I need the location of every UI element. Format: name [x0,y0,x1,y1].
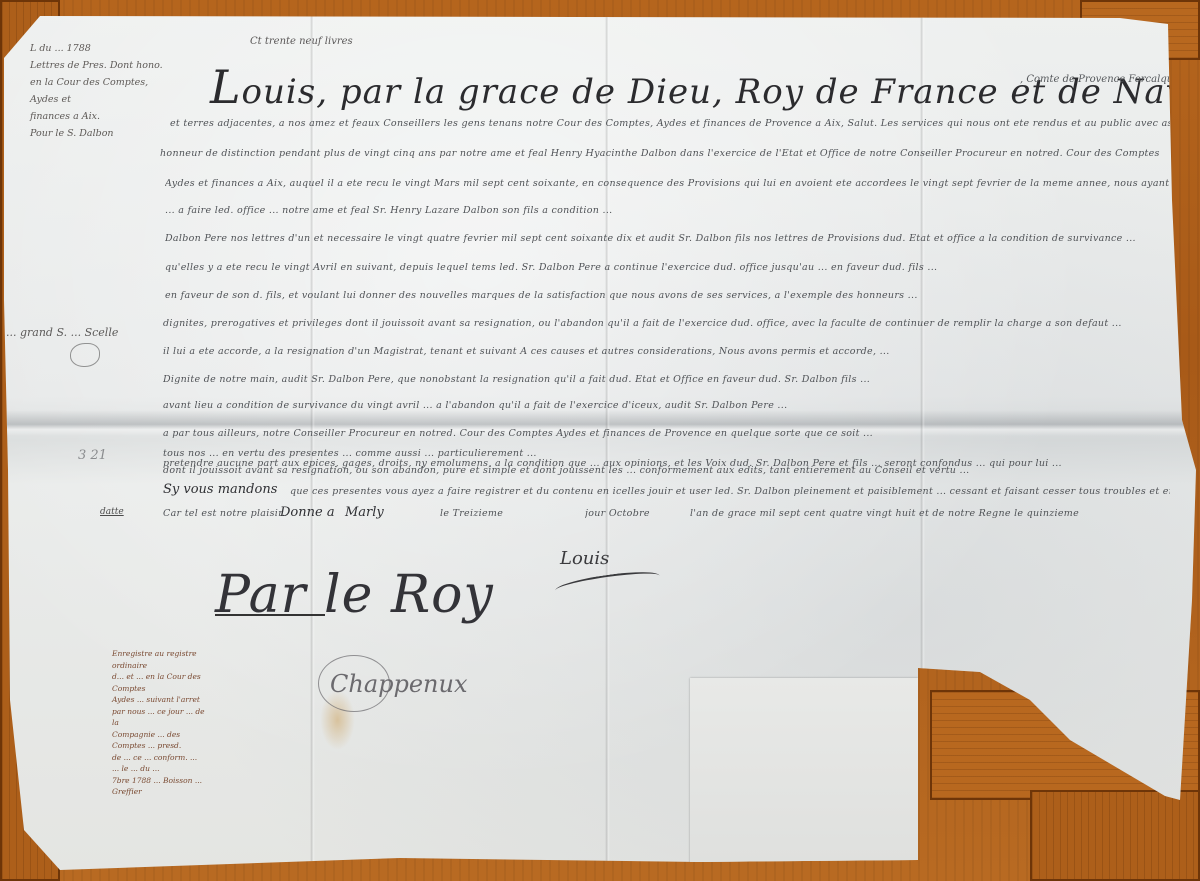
margin-line: L du ... 1788 [30,40,170,57]
heading-continuation: , Comte de Provence Forcalquier [1020,74,1187,85]
registration-line: par nous ... ce jour ... de la [112,706,212,729]
document-photo: Ct trente neuf livres L du ... 1788 Lett… [0,0,1200,881]
margin-seal-note: ... grand S. ... Scelle [6,326,118,339]
body-line: Dignite de notre main, audit Sr. Dalbon … [163,374,1170,385]
vertical-fold [920,0,925,881]
body-line: Aydes et finances a Aix, auquel il a ete… [165,178,1170,189]
registration-line: ... le ... du ... [112,763,212,775]
month: jour Octobre [585,508,675,519]
registration-line: Compagnie ... des Comptes ... presd. [112,729,212,752]
mandate-lead: Sy vous mandons [163,482,277,497]
margin-line: Lettres de Pres. Dont hono. [30,57,170,74]
body-line: en faveur de son d. fils, et voulant lui… [165,290,1170,301]
body-line: a par tous ailleurs, notre Conseiller Pr… [163,428,1170,439]
secretary-signature: Chappenux [330,670,468,698]
registration-line: 7bre 1788 ... Boisson ... Greffier [112,775,212,798]
wood-plank [1030,790,1200,881]
seal-mark-icon [70,343,100,367]
document-heading: Louis, par la grace de Dieu, Roy de Fran… [210,60,1200,114]
vertical-fold [310,0,315,881]
body-line: dignites, prerogatives et privileges don… [163,318,1170,329]
par-le-roy: Par le Roy [215,565,494,625]
vertical-fold [605,0,610,881]
registration-line: Enregistre au registre ordinaire [112,648,212,671]
day: le Treizieme [440,508,530,519]
folded-flap [690,678,918,864]
par-le-roy-underline [215,614,325,616]
margin-line: Pour le S. Dalbon [30,125,170,142]
body-line: pretendre aucune part aux epices, gages,… [163,458,1170,469]
heading-initial: L [210,60,242,114]
given-at: Donne a [280,505,335,520]
body-line: ... a faire led. office ... notre ame et… [165,205,1170,216]
left-margin-annotation: L du ... 1788 Lettres de Pres. Dont hono… [30,40,170,142]
body-line: et terres adjacentes, a nos amez et feau… [170,118,1170,129]
body-line: il lui a ete accorde, a la resignation d… [163,346,1170,357]
king-signature: Louis [560,548,609,569]
top-note: Ct trente neuf livres [250,36,353,47]
registration-note: Enregistre au registre ordinaire d... et… [112,648,212,798]
margin-line: finances a Aix. [30,108,170,125]
registration-line: d... et ... en la Cour des Comptes [112,671,212,694]
mandate-text: que ces presentes vous ayez a faire regi… [290,486,1170,497]
registration-line: Aydes ... suivant l'arret [112,694,212,706]
body-line: avant lieu a condition de survivance du … [163,400,1170,411]
margin-number: 3 21 [78,448,107,463]
body-line: honneur de distinction pendant plus de v… [160,148,1170,159]
body-line: qu'elles y a ete recu le vingt Avril en … [165,262,1170,273]
margin-line: en la Cour des Comptes, Aydes et [30,74,170,108]
body-line: Dalbon Pere nos lettres d'un et necessai… [165,233,1170,244]
datte-margin-label: datte [100,507,124,517]
registration-line: de ... ce ... conform. ... [112,752,212,764]
year-text: l'an de grace mil sept cent quatre vingt… [690,508,1110,519]
place: Marly [345,505,384,520]
